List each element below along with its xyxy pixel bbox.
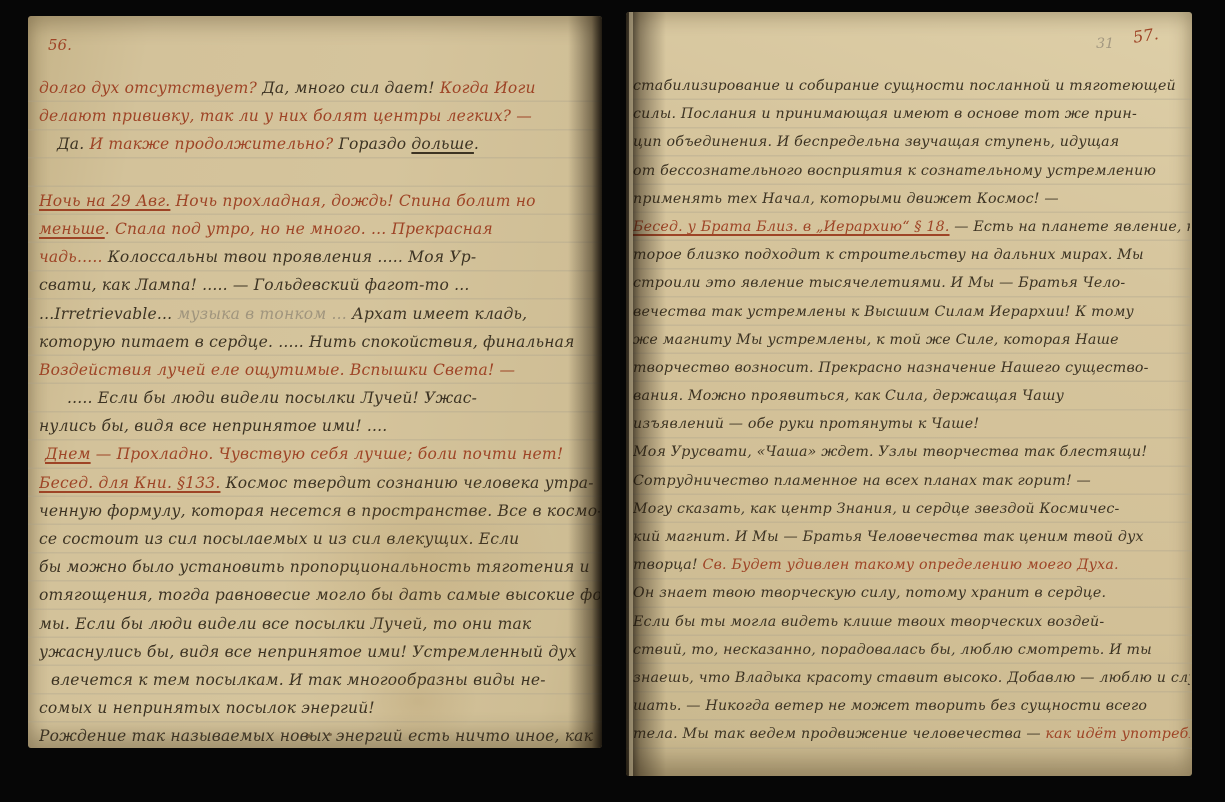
manuscript-text-segment: шать. — Никогда ветер не может творить б… <box>633 698 1147 714</box>
manuscript-line: ужаснулись бы, видя все непринятое ими! … <box>39 638 600 666</box>
manuscript-text-segment: творчество возносит. Прекрасно назначени… <box>633 360 1149 376</box>
manuscript-text-segment: Колоссальны твои проявления ..... Моя Ур… <box>108 248 477 266</box>
manuscript-line: ствий, то, несказанно, порадовалась бы, … <box>633 636 1190 664</box>
manuscript-line: Сотрудничество пламенное на всех планах … <box>633 467 1190 495</box>
left-page-number: 56. <box>48 36 72 54</box>
manuscript-line: творчество возносит. Прекрасно назначени… <box>633 354 1190 382</box>
manuscript-text-segment: Космос твердит сознанию человека утра- <box>220 474 593 492</box>
manuscript-line: знаешь, что Владыка красоту ставит высок… <box>633 664 1190 692</box>
manuscript-text-segment: Рождение так называемых новых энергий ес… <box>39 727 593 745</box>
manuscript-text-segment: . Спала под утро, но не много. ... Прекр… <box>105 220 493 238</box>
manuscript-text-segment: Архат имеет кладь, <box>347 305 527 323</box>
manuscript-line: строили это явление тысячелетиями. И Мы … <box>633 269 1190 297</box>
manuscript-text-segment: ужаснулись бы, видя все непринятое ими! … <box>39 643 577 661</box>
manuscript-text-segment: отягощения, тогда равновесие могло бы да… <box>39 586 600 604</box>
manuscript-text-segment: — Есть на планете явление, ко- <box>950 219 1190 235</box>
manuscript-line: ..... Если бы люди видели посылки Лучей!… <box>39 384 600 412</box>
manuscript-line: Если бы ты могла видеть клише твоих твор… <box>633 608 1190 636</box>
manuscript-line <box>39 159 600 187</box>
manuscript-text-segment: тела. Мы так ведем продвижение человечес… <box>633 726 1045 742</box>
right-page-number-pencil: 31 <box>1096 36 1114 52</box>
manuscript-text-segment: же магниту Мы устремлены, к той же Силе,… <box>633 332 1119 348</box>
manuscript-text-segment: бы можно было установить пропорционально… <box>39 558 590 576</box>
manuscript-text-segment: изъявлений — обе руки протянуты к Чаше! <box>633 416 979 432</box>
manuscript-line: Бесед. для Кни. §133. Космос твердит соз… <box>39 469 600 497</box>
manuscript-text-segment: влечется к тем посылкам. И так многообра… <box>51 671 546 689</box>
manuscript-line: ...Irretrievable... музыка в тонком ... … <box>39 300 600 328</box>
manuscript-text-segment: — Прохладно. Чувствую себя лучше; боли п… <box>91 445 564 463</box>
manuscript-line: свати, как Лампа! ..... — Гольдевский фа… <box>39 271 600 299</box>
manuscript-line: нулись бы, видя все непринятое ими! .... <box>39 412 600 440</box>
manuscript-line: Ночь на 29 Авг. Ночь прохладная, дождь! … <box>39 187 600 215</box>
manuscript-line: изъявлений — обе руки протянуты к Чаше! <box>633 410 1190 438</box>
manuscript-line: Днем — Прохладно. Чувствую себя лучше; б… <box>39 440 600 468</box>
ink-speck <box>328 733 332 736</box>
manuscript-text-segment: Он знает твою творческую силу, потому хр… <box>633 585 1106 601</box>
manuscript-text-segment: как идёт употребление <box>1045 726 1190 742</box>
manuscript-line: Он знает твою творческую силу, потому хр… <box>633 579 1190 607</box>
right-page-number-ink: 57. <box>1131 24 1159 47</box>
manuscript-text-segment: применять тех Начал, которыми движет Кос… <box>633 191 1059 207</box>
manuscript-text-segment: свати, как Лампа! ..... — Гольдевский фа… <box>39 276 470 294</box>
manuscript-line: применять тех Начал, которыми движет Кос… <box>633 185 1190 213</box>
manuscript-line: бы можно было установить пропорционально… <box>39 553 600 581</box>
manuscript-text-segment: Моя Урусвати, «Чаша» ждет. Узлы творчест… <box>633 444 1147 460</box>
page-edge <box>629 12 633 776</box>
right-page: 31 57. стабилизирование и собирание сущн… <box>626 12 1192 776</box>
manuscript-text-segment: Воздействия лучей еле ощутимые. Вспышки … <box>39 361 515 379</box>
manuscript-text-segment: Бесед. для Кни. §133. <box>39 474 220 492</box>
manuscript-text-segment: вания. Можно проявиться, как Сила, держа… <box>633 388 1064 404</box>
manuscript-text-segment: торое близко подходит к строительству на… <box>633 247 1144 263</box>
manuscript-text-segment: делают прививку, так ли у них болят цент… <box>39 107 532 125</box>
manuscript-line: вания. Можно проявиться, как Сила, держа… <box>633 382 1190 410</box>
manuscript-line: меньше. Спала под утро, но не много. ...… <box>39 215 600 243</box>
manuscript-line: се состоит из сил посылаемых и из сил вл… <box>39 525 600 553</box>
manuscript-text-segment: ченную формулу, которая несется в простр… <box>39 502 600 520</box>
manuscript-line: же магниту Мы устремлены, к той же Силе,… <box>633 326 1190 354</box>
manuscript-text-segment: ..... Если бы люди видели посылки Лучей!… <box>67 389 477 407</box>
manuscript-text-segment: мы. Если бы люди видели все посылки Луче… <box>39 615 531 633</box>
manuscript-line: мы. Если бы люди видели все посылки Луче… <box>39 610 600 638</box>
manuscript-text-segment: музыка в тонком ... <box>177 305 346 323</box>
right-page-text: стабилизирование и собирание сущности по… <box>626 72 1192 749</box>
manuscript-line: долго дух отсутствует? Да, много сил дае… <box>39 74 600 102</box>
manuscript-line: сомых и непринятых посылок энергий! <box>39 694 600 722</box>
manuscript-text-segment: Св. Будет удивлен такому определению мое… <box>703 557 1119 573</box>
manuscript-line: шать. — Никогда ветер не может творить б… <box>633 692 1190 720</box>
manuscript-text-segment: И также продолжительно? <box>90 135 339 153</box>
manuscript-scan: 56. долго дух отсутствует? Да, много сил… <box>0 0 1225 802</box>
gutter-shadow <box>568 16 602 748</box>
manuscript-text-segment: знаешь, что Владыка красоту ставит высок… <box>633 670 1190 686</box>
manuscript-text-segment: нулись бы, видя все непринятое ими! .... <box>39 417 387 435</box>
left-page: 56. долго дух отсутствует? Да, много сил… <box>28 16 602 748</box>
manuscript-text-segment: Ночь прохладная, дождь! Спина болит но <box>170 192 535 210</box>
manuscript-text-segment: се состоит из сил посылаемых и из сил вл… <box>39 530 519 548</box>
manuscript-text-segment: Днем <box>45 445 91 463</box>
manuscript-line: тела. Мы так ведем продвижение человечес… <box>633 720 1190 748</box>
manuscript-line: Рождение так называемых новых энергий ес… <box>39 722 600 748</box>
manuscript-text-segment: цип объединения. И беспредельна звучащая… <box>633 134 1119 150</box>
manuscript-line: творца! Св. Будет удивлен такому определ… <box>633 551 1190 579</box>
manuscript-text-segment: стабилизирование и собирание сущности по… <box>633 78 1176 94</box>
manuscript-text-segment: кий магнит. И Мы — Братья Человечества т… <box>633 529 1144 545</box>
manuscript-line: Могу сказать, как центр Знания, и сердце… <box>633 495 1190 523</box>
manuscript-line: ченную формулу, которая несется в простр… <box>39 497 600 525</box>
manuscript-line: Моя Урусвати, «Чаша» ждет. Узлы творчест… <box>633 438 1190 466</box>
manuscript-text-segment: долго дух отсутствует? <box>39 79 262 97</box>
manuscript-text-segment: силы. Послания и принимающая имеют в осн… <box>633 106 1137 122</box>
manuscript-text-segment: строили это явление тысячелетиями. И Мы … <box>633 275 1125 291</box>
manuscript-line: силы. Послания и принимающая имеют в осн… <box>633 100 1190 128</box>
manuscript-text-segment: ...Irretrievable... <box>39 305 177 323</box>
manuscript-line: влечется к тем посылкам. И так многообра… <box>39 666 600 694</box>
manuscript-line: Воздействия лучей еле ощутимые. Вспышки … <box>39 356 600 384</box>
manuscript-text-segment: ствий, то, несказанно, порадовалась бы, … <box>633 642 1152 658</box>
manuscript-line: Бесед. у Брата Близ. в „Иерархию“ § 18. … <box>633 213 1190 241</box>
manuscript-text-segment: сомых и непринятых посылок энергий! <box>39 699 375 717</box>
manuscript-text-segment: Ночь на 29 Авг. <box>39 192 170 210</box>
manuscript-line: отягощения, тогда равновесие могло бы да… <box>39 581 600 609</box>
left-page-text: долго дух отсутствует? Да, много сил дае… <box>28 74 602 748</box>
manuscript-text-segment: дольше <box>411 135 474 153</box>
manuscript-text-segment: . <box>474 135 479 153</box>
manuscript-text-segment: Бесед. у Брата Близ. в „Иерархию“ § 18. <box>633 219 950 235</box>
manuscript-line: которую питает в сердце. ..... Нить спок… <box>39 328 600 356</box>
manuscript-text-segment: которую питает в сердце. ..... Нить спок… <box>39 333 575 351</box>
manuscript-line: делают прививку, так ли у них болят цент… <box>39 102 600 130</box>
manuscript-text-segment: Гораздо <box>338 135 411 153</box>
manuscript-text-segment: Если бы ты могла видеть клише твоих твор… <box>633 614 1104 630</box>
manuscript-text-segment: Сотрудничество пламенное на всех планах … <box>633 473 1091 489</box>
manuscript-text-segment: Да. <box>57 135 90 153</box>
manuscript-line: цип объединения. И беспредельна звучащая… <box>633 128 1190 156</box>
manuscript-line: от бессознательного восприятия к сознате… <box>633 157 1190 185</box>
manuscript-text-segment: чадь..... <box>39 248 108 266</box>
manuscript-line: Да. И также продолжительно? Гораздо доль… <box>39 130 600 158</box>
manuscript-line: кий магнит. И Мы — Братья Человечества т… <box>633 523 1190 551</box>
ink-speck <box>306 734 311 738</box>
manuscript-text-segment: от бессознательного восприятия к сознате… <box>633 163 1156 179</box>
manuscript-text-segment: вечества так устремлены к Высшим Силам И… <box>633 304 1134 320</box>
manuscript-line: вечества так устремлены к Высшим Силам И… <box>633 298 1190 326</box>
manuscript-text-segment: Когда Иоги <box>440 79 536 97</box>
manuscript-line: стабилизирование и собирание сущности по… <box>633 72 1190 100</box>
manuscript-line: торое близко подходит к строительству на… <box>633 241 1190 269</box>
manuscript-text-segment: Могу сказать, как центр Знания, и сердце… <box>633 501 1120 517</box>
manuscript-text-segment: Да, много сил дает! <box>262 79 440 97</box>
manuscript-text-segment: меньше <box>39 220 105 238</box>
manuscript-line: чадь..... Колоссальны твои проявления ..… <box>39 243 600 271</box>
